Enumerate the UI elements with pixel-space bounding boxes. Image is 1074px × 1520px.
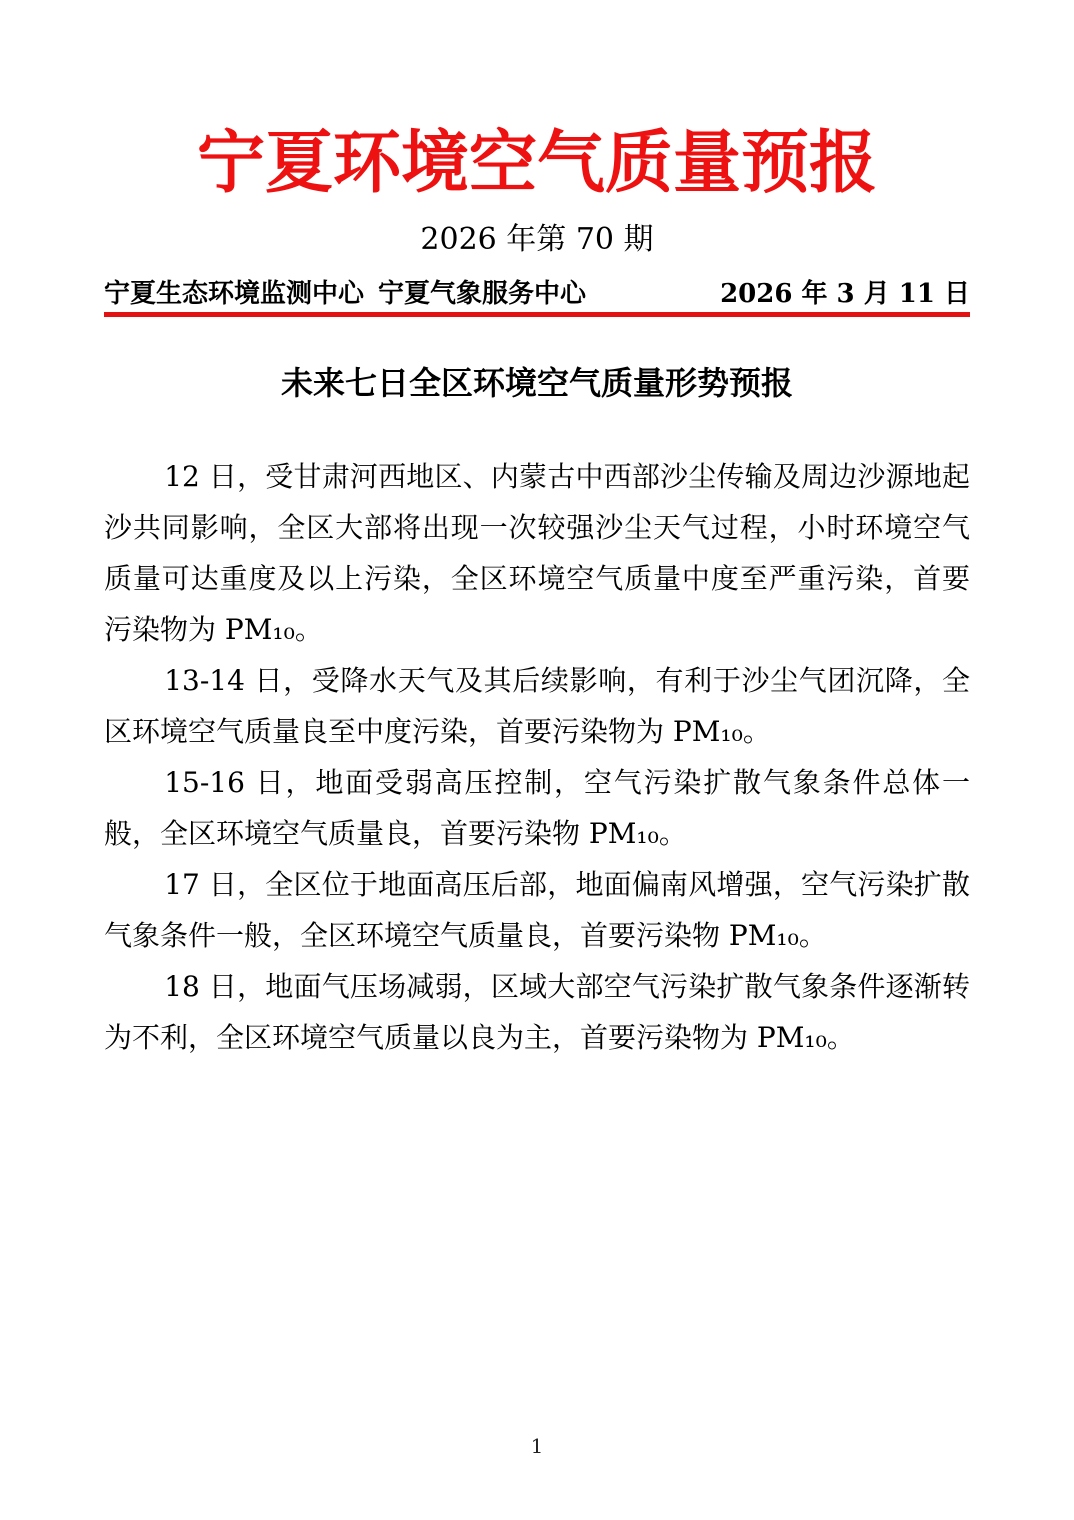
forecast-paragraph-day17: 17 日，全区位于地面高压后部，地面偏南风增强，空气污染扩散气象条件一般，全区环… — [104, 859, 970, 961]
forecast-paragraph-day18: 18 日，地面气压场减弱，区域大部空气污染扩散气象条件逐渐转为不利，全区环境空气… — [104, 961, 970, 1063]
forecast-paragraph-day15-16: 15-16 日，地面受弱高压控制，空气污染扩散气象条件总体一般，全区环境空气质量… — [104, 757, 970, 859]
issue-date: 2026 年 3 月 11 日 — [720, 280, 970, 308]
forecast-body: 12 日，受甘肃河西地区、内蒙古中西部沙尘传输及周边沙源地起沙共同影响，全区大部… — [104, 451, 970, 1063]
forecast-paragraph-day13-14: 13-14 日，受降水天气及其后续影响，有利于沙尘气团沉降，全区环境空气质量良至… — [104, 655, 970, 757]
section-title: 未来七日全区环境空气质量形势预报 — [104, 363, 970, 403]
org-weather-service-center: 宁夏气象服务中心 — [378, 280, 586, 308]
document-page: 宁夏环境空气质量预报 2026 年第 70 期 宁夏生态环境监测中心 宁夏气象服… — [0, 0, 1074, 1520]
issuer-header-row: 宁夏生态环境监测中心 宁夏气象服务中心 2026 年 3 月 11 日 — [104, 280, 970, 308]
page-number: 1 — [0, 1434, 1074, 1458]
forecast-paragraph-day12: 12 日，受甘肃河西地区、内蒙古中西部沙尘传输及周边沙源地起沙共同影响，全区大部… — [104, 451, 970, 655]
document-title: 宁夏环境空气质量预报 — [104, 122, 970, 204]
issue-number: 2026 年第 70 期 — [104, 222, 970, 258]
header-divider-rule — [104, 312, 970, 317]
org-monitoring-center: 宁夏生态环境监测中心 — [104, 280, 364, 308]
